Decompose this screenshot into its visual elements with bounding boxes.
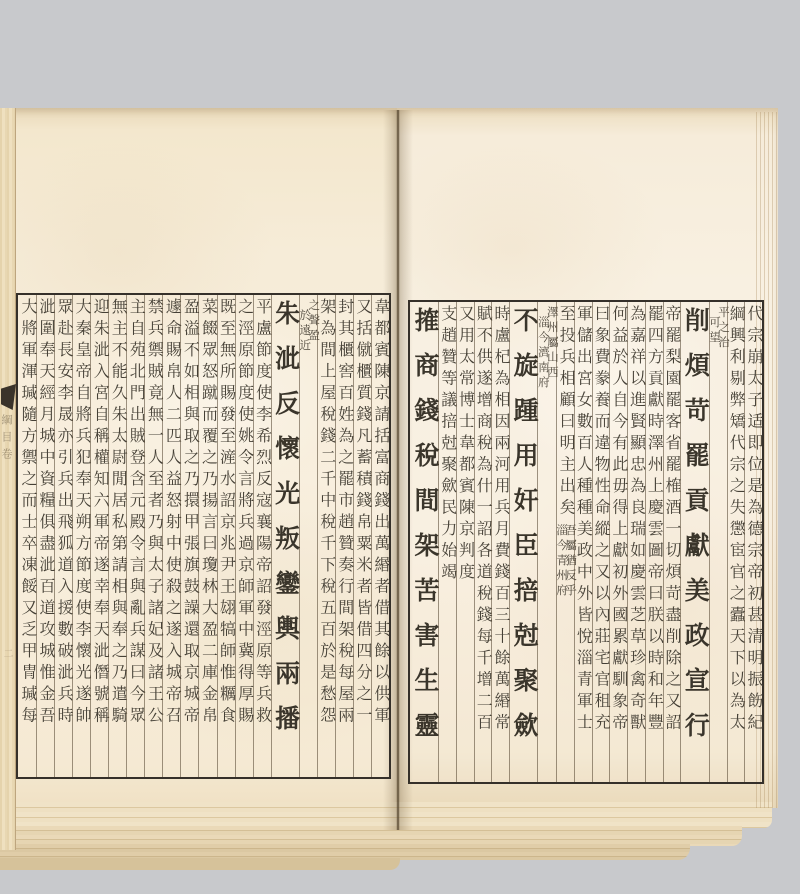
annotation-pair: 之聲盈於遠近: [300, 295, 317, 354]
text-column: 又用太常博士韋都賓陳京判度: [456, 302, 474, 782]
text-column: 封其櫃窖百姓為之罷市趙贊奏行間架稅每屋兩: [335, 295, 353, 777]
page-stack-edge: [0, 858, 400, 870]
text-column: 之涇原節度使姚令言將兵過京師軍中冀得厚賜: [235, 295, 253, 777]
text-column: 為嘉祥以進賢顯忠為良瑞如慶雲芝草珍禽奇獸: [627, 302, 645, 782]
text-run: 至投兵相顧曰明主出矣: [556, 302, 574, 520]
text-column: 大將軍渾瑊隨方禦之而士卒凍餒又乏甲冑瑊每: [18, 295, 36, 777]
text-column: 平之治可望: [709, 302, 727, 782]
text-column: 迎朱泚入宮自稱權知六軍帝遂幸奉天泚僭號稱: [90, 295, 108, 777]
text-column: 至投兵相顧曰明主出矣吾屬猶反乎淄今青州府: [556, 302, 574, 782]
text-column: 曰象費豢養而違物性命縱之又以內莊宅官租充: [592, 302, 610, 782]
text-column: 大秦皇帝自將兵犯奉天朔方節度使李懷光遂帥: [72, 295, 90, 777]
text-column: 罷四方貢獻時澤州上慶雲圖帝曰朕以時和年豐: [645, 302, 663, 782]
text-column: 無主不能久朱太尉閒居私第請相與奉之乃遣騎: [108, 295, 126, 777]
text-column: 賦不供遂增商稅為什一詔各道稅錢每千增二百: [474, 302, 492, 782]
right-text-frame: 代宗崩太子适即位是為德宗帝初甚清明振飭紀綱興利剔弊矯代宗之失懲宦官之蠹天下以為太…: [408, 300, 764, 784]
text-column: 韋都賓陳京請括富商錢出萬緡者借其餘以供軍: [371, 295, 389, 777]
annotation-pair: 吾屬猶反乎淄今青州府: [557, 520, 574, 599]
annotation-pair: 平之治可望: [710, 302, 727, 351]
fore-edge-mark: 二: [2, 648, 14, 658]
book-spread: 綱目卷 二 韋都賓陳京請括富商錢出萬緡者借其餘以供軍又括僦櫃質錢凡蓄積錢帛粟米者…: [0, 108, 778, 862]
annotation-pair: 澤州屬山西淄今濟南府: [538, 302, 555, 391]
text-column: 何益於人自今有此毋得上獻初外國累獻馴象帝: [609, 302, 627, 782]
text-column: 主自苑北門出賊登含元殿令言與亂兵謀曰今眾: [126, 295, 144, 777]
text-column: 綱興利剔弊矯代宗之失懲宦官之蠹天下以為太: [727, 302, 745, 782]
text-column: 眾赴長安李晟亦引兵出飛狐道入援數破泚兵時: [54, 295, 72, 777]
heading-column: 不旋踵用奸臣掊尅聚歛: [509, 302, 537, 782]
text-column: 既至無所賜發至滻水詔京兆尹王翃犒師惟糲食: [217, 295, 235, 777]
text-column: 時盧杞為相因兩河用兵月費錢百三十餘萬緡常: [491, 302, 509, 782]
text-column: 泚圍奉天經月城中資糧俱盡泚百道攻城惟金吾: [36, 295, 54, 777]
fore-edge: [0, 108, 16, 850]
text-column: 禁兵禦賊竟無一人至者乃與太子諸妃及諸王公: [144, 295, 162, 777]
page-stack-edge: [0, 826, 742, 846]
text-column: 平盧節度使李希烈反寇襄陽帝詔發涇原等兵救: [253, 295, 271, 777]
heading-column: 削煩苛罷貢獻美政宣行: [680, 302, 708, 782]
heading-column: 搉商錢稅間架苦害生靈: [410, 302, 438, 782]
text-column: 菜餟眾怒蹴而覆之乃揚言曰瓊林大盈二庫金帛: [198, 295, 216, 777]
annotation-line: 澤州屬山西: [547, 302, 556, 391]
text-column: 帝罷梨園罷客省罷榷酒一切煩苛盡削除之又詔: [663, 302, 681, 782]
book-photo: 綱目卷 二 韋都賓陳京請括富商錢出萬緡者借其餘以供軍又括僦櫃質錢凡蓄積錢帛粟米者…: [0, 0, 800, 894]
heading-column: 朱泚反懷光叛鑾輿兩播: [271, 295, 299, 777]
text-column: 澤州屬山西淄今濟南府: [537, 302, 555, 782]
text-column: 遽命賜帛人二匹人益怒射中使殺之遂入城帝召: [162, 295, 180, 777]
text-column: 代宗崩太子适即位是為德宗帝初甚清明振飭紀: [744, 302, 762, 782]
left-text-frame: 韋都賓陳京請括富商錢出萬緡者借其餘以供軍又括僦櫃質錢凡蓄積錢帛粟米者皆借四分之一…: [16, 293, 391, 779]
text-column: 支趙贊等議掊尅聚歛民力始竭: [438, 302, 456, 782]
text-column: 之聲盈於遠近: [299, 295, 317, 777]
text-column: 架為間上屋稅錢二千中稅千下稅五百於是愁怨: [317, 295, 335, 777]
fore-edge-label: 綱目卷: [2, 414, 14, 465]
text-column: 又括僦櫃質錢凡蓄積錢帛粟米者皆借四分之一: [353, 295, 371, 777]
text-column: 軍儲出宮女數百人種種美政中外皆悅淄青軍士: [574, 302, 592, 782]
text-column: 盈溢不如相與取之乃擐甲張旗鼓譟還取京城帝: [180, 295, 198, 777]
